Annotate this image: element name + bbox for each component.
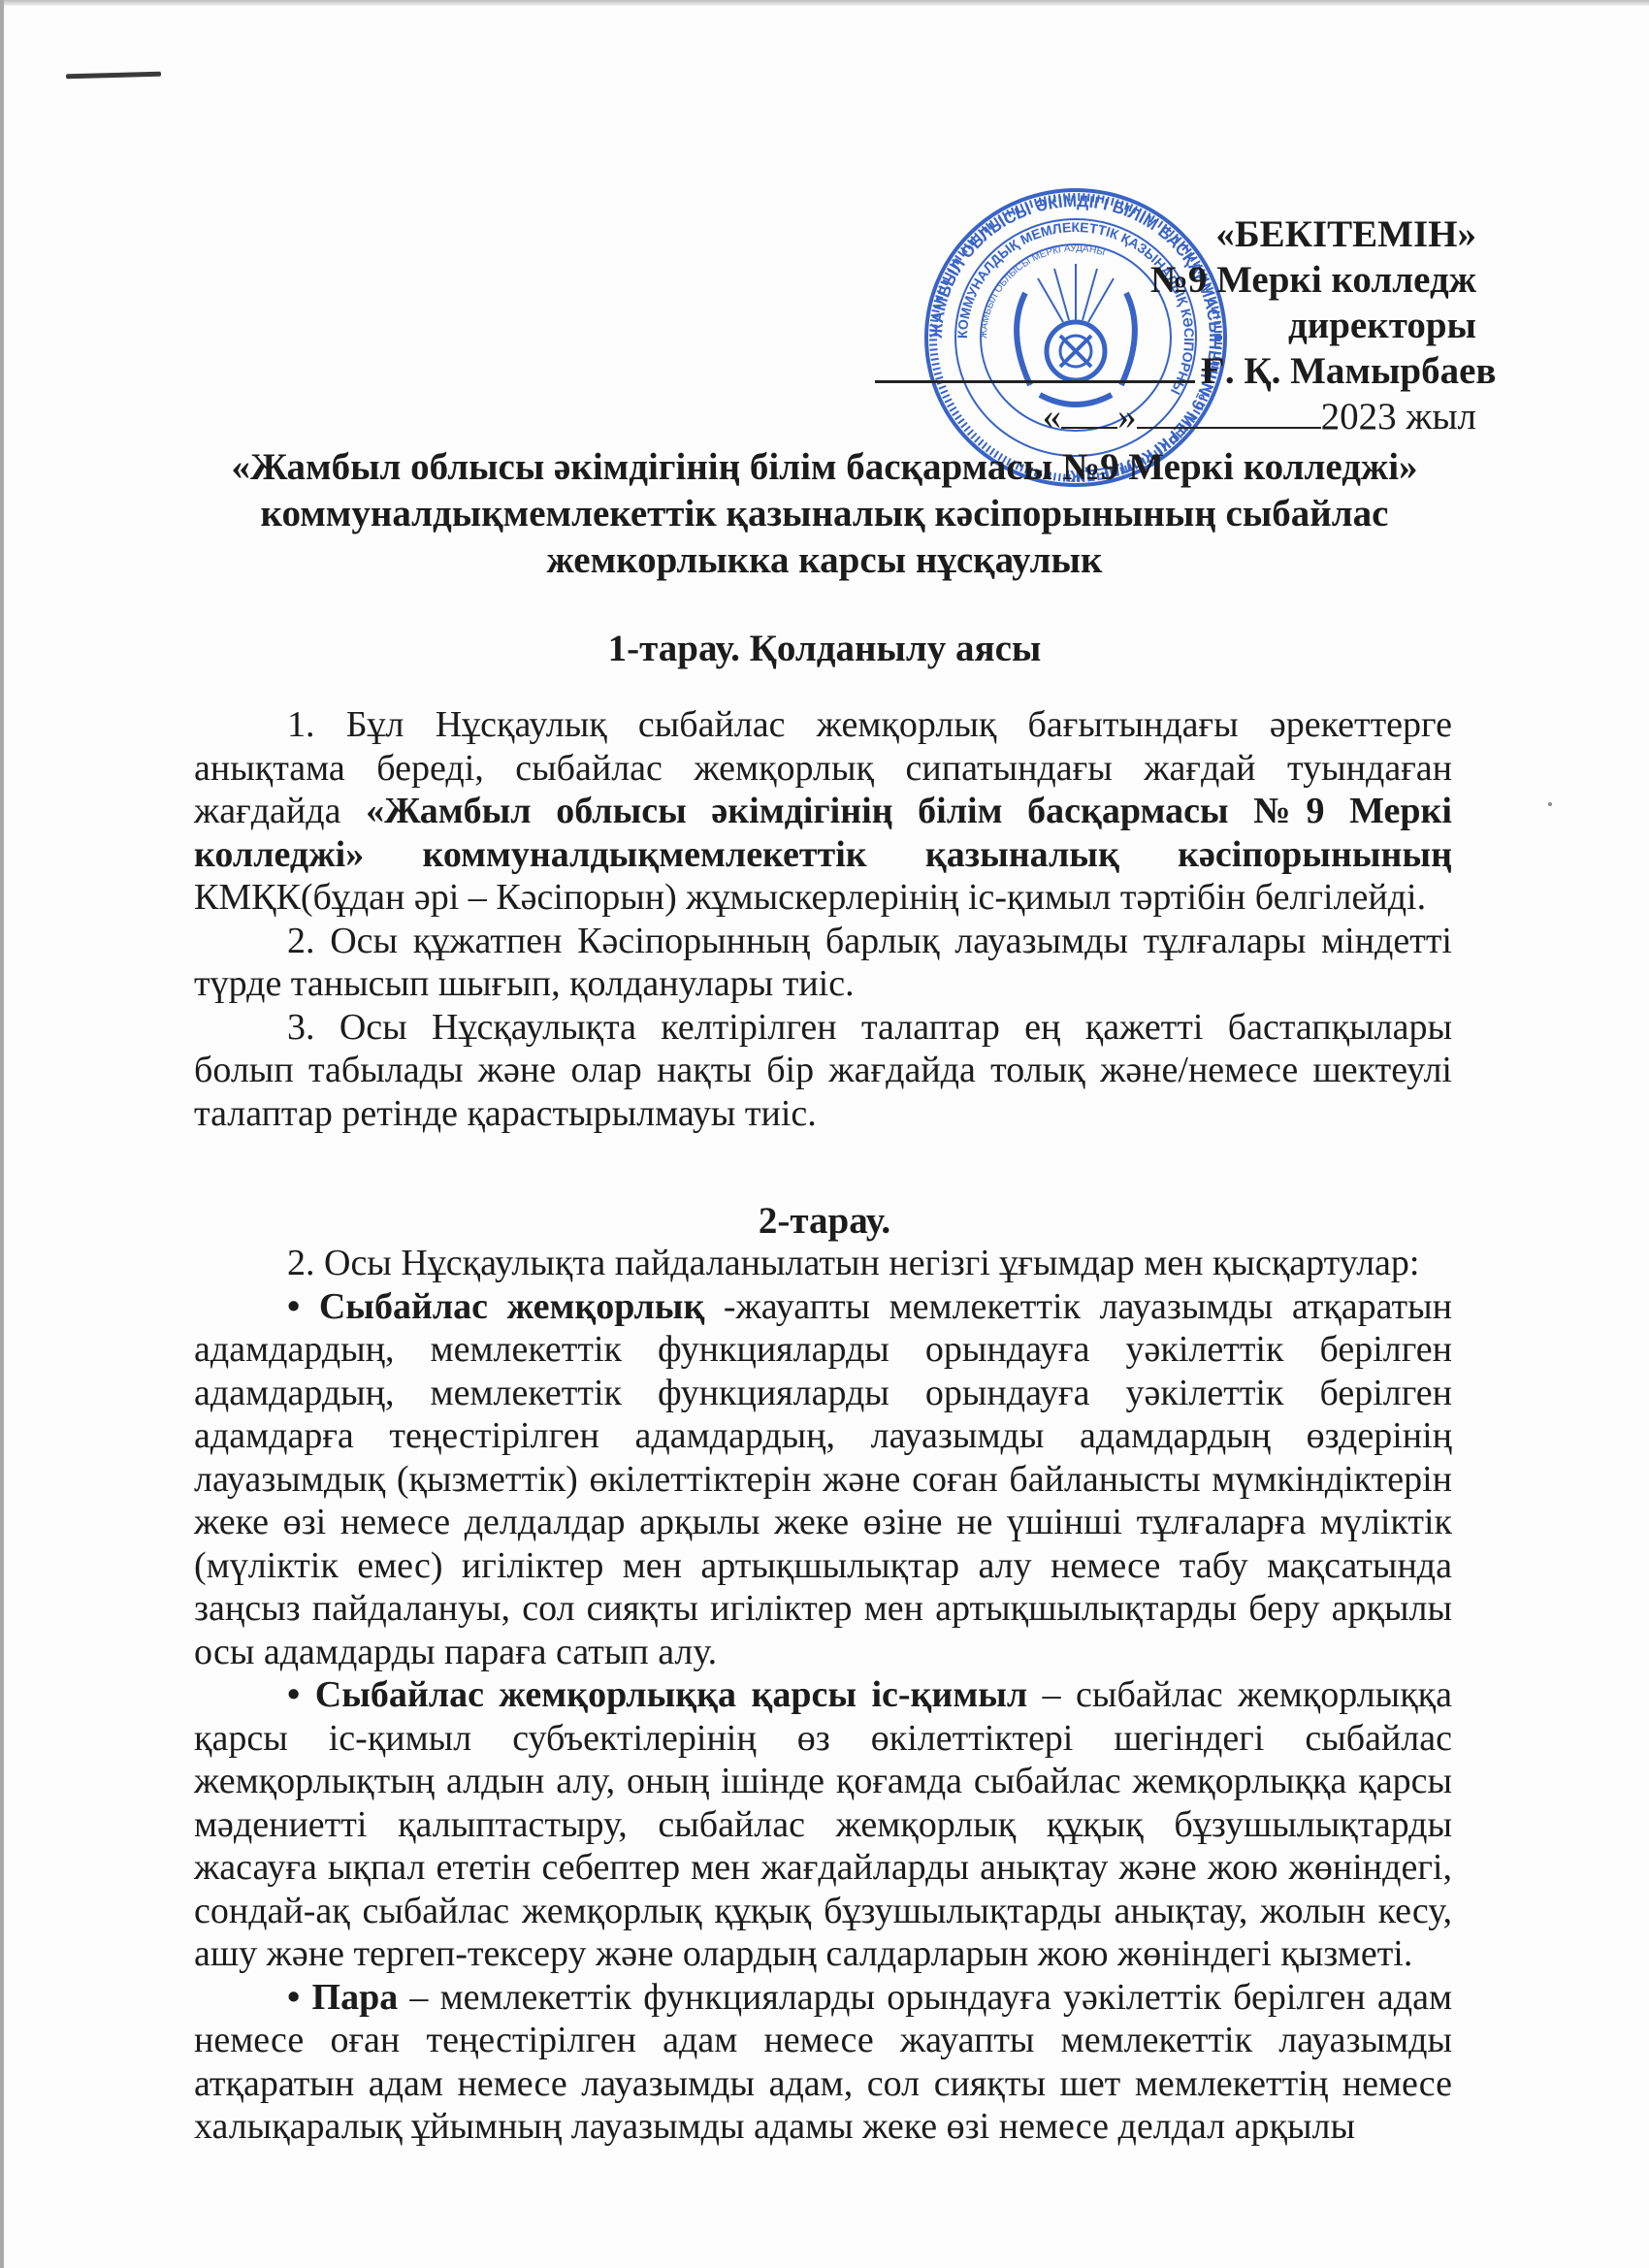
approval-org: №9 Меркі колледж (875, 257, 1476, 303)
paragraph-2: 2. Осы құжатпен Кәсіпорынның барлық лауа… (194, 920, 1452, 1006)
date-year: 2023 жыл (1321, 396, 1476, 437)
title-line-1: «Жамбыл облысы әкімдігінің білім басқарм… (0, 444, 1649, 491)
definition-item: • Сыбайлас жемқорлық -жауапты мемлекетті… (194, 1285, 1452, 1674)
approval-heading: «БЕКІТЕМІН» (875, 211, 1476, 257)
approval-block: «БЕКІТЕМІН» №9 Меркі колледж директоры Ғ… (875, 211, 1476, 439)
bullet-icon: • (287, 1977, 300, 2018)
section-2-body: 2. Осы Нұсқаулықта пайдаланылатын негізг… (194, 1242, 1452, 2149)
signature-line (875, 351, 1195, 383)
date-month-blank (1137, 398, 1321, 429)
date-day-blank (1061, 398, 1117, 429)
approval-signatory-row: Ғ. Қ. Мамырбаев (875, 348, 1476, 394)
paragraph-1-text-b: КМҚК(бұдан әрі – Кәсіпорын) жұмыскерлері… (194, 877, 1426, 918)
scan-mark (66, 72, 161, 80)
bullet-icon: • (287, 1674, 300, 1715)
definition-term: Сыбайлас жемқорлыққа қарсы іс-қимыл (315, 1674, 1027, 1715)
approval-date-row: «»2023 жыл (875, 394, 1476, 439)
definition-item: • Пара – мемлекеттік функцияларды орында… (194, 1976, 1452, 2149)
date-quote-close: » (1117, 396, 1137, 437)
title-line-3: жемкорлыкка карсы нұсқаулык (0, 537, 1649, 584)
definition-term: Пара (312, 1977, 399, 2018)
section-1-body: 1. Бұл Нұсқаулық сыбайлас жемқорлық бағы… (194, 703, 1452, 1135)
document-title: «Жамбыл облысы әкімдігінің білім басқарм… (0, 444, 1649, 584)
definition-text: -жауапты мемлекеттік лауазымды атқаратын… (194, 1286, 1452, 1672)
approval-position: директоры (875, 303, 1476, 348)
section-1-heading: 1-тарау. Қолданылу аясы (0, 627, 1649, 670)
definition-text: – сыбайлас жемқорлыққа қарсы іс-қимыл су… (194, 1674, 1452, 1974)
date-quote-open: « (1043, 396, 1062, 437)
section-2-heading: 2-тарау. (0, 1199, 1649, 1243)
paragraph-1: 1. Бұл Нұсқаулық сыбайлас жемқорлық бағы… (194, 703, 1452, 920)
section-2-intro: 2. Осы Нұсқаулықта пайдаланылатын негізг… (194, 1242, 1452, 1285)
scan-edge-top (0, 0, 1649, 6)
paragraph-1-org-name: «Жамбыл облысы әкімдігінің білім басқарм… (194, 791, 1452, 875)
bullet-icon: • (287, 1286, 300, 1327)
scan-speck (1548, 802, 1552, 806)
definition-item: • Сыбайлас жемқорлыққа қарсы іс-қимыл – … (194, 1673, 1452, 1976)
definition-term: Сыбайлас жемқорлық (319, 1286, 705, 1327)
scan-edge-left (0, 0, 4, 2268)
approval-signatory: Ғ. Қ. Мамырбаев (1201, 350, 1496, 392)
paragraph-3: 3. Осы Нұсқаулықта келтірілген талаптар … (194, 1006, 1452, 1136)
title-line-2: коммуналдықмемлекеттік қазыналық кәсіпор… (0, 491, 1649, 537)
